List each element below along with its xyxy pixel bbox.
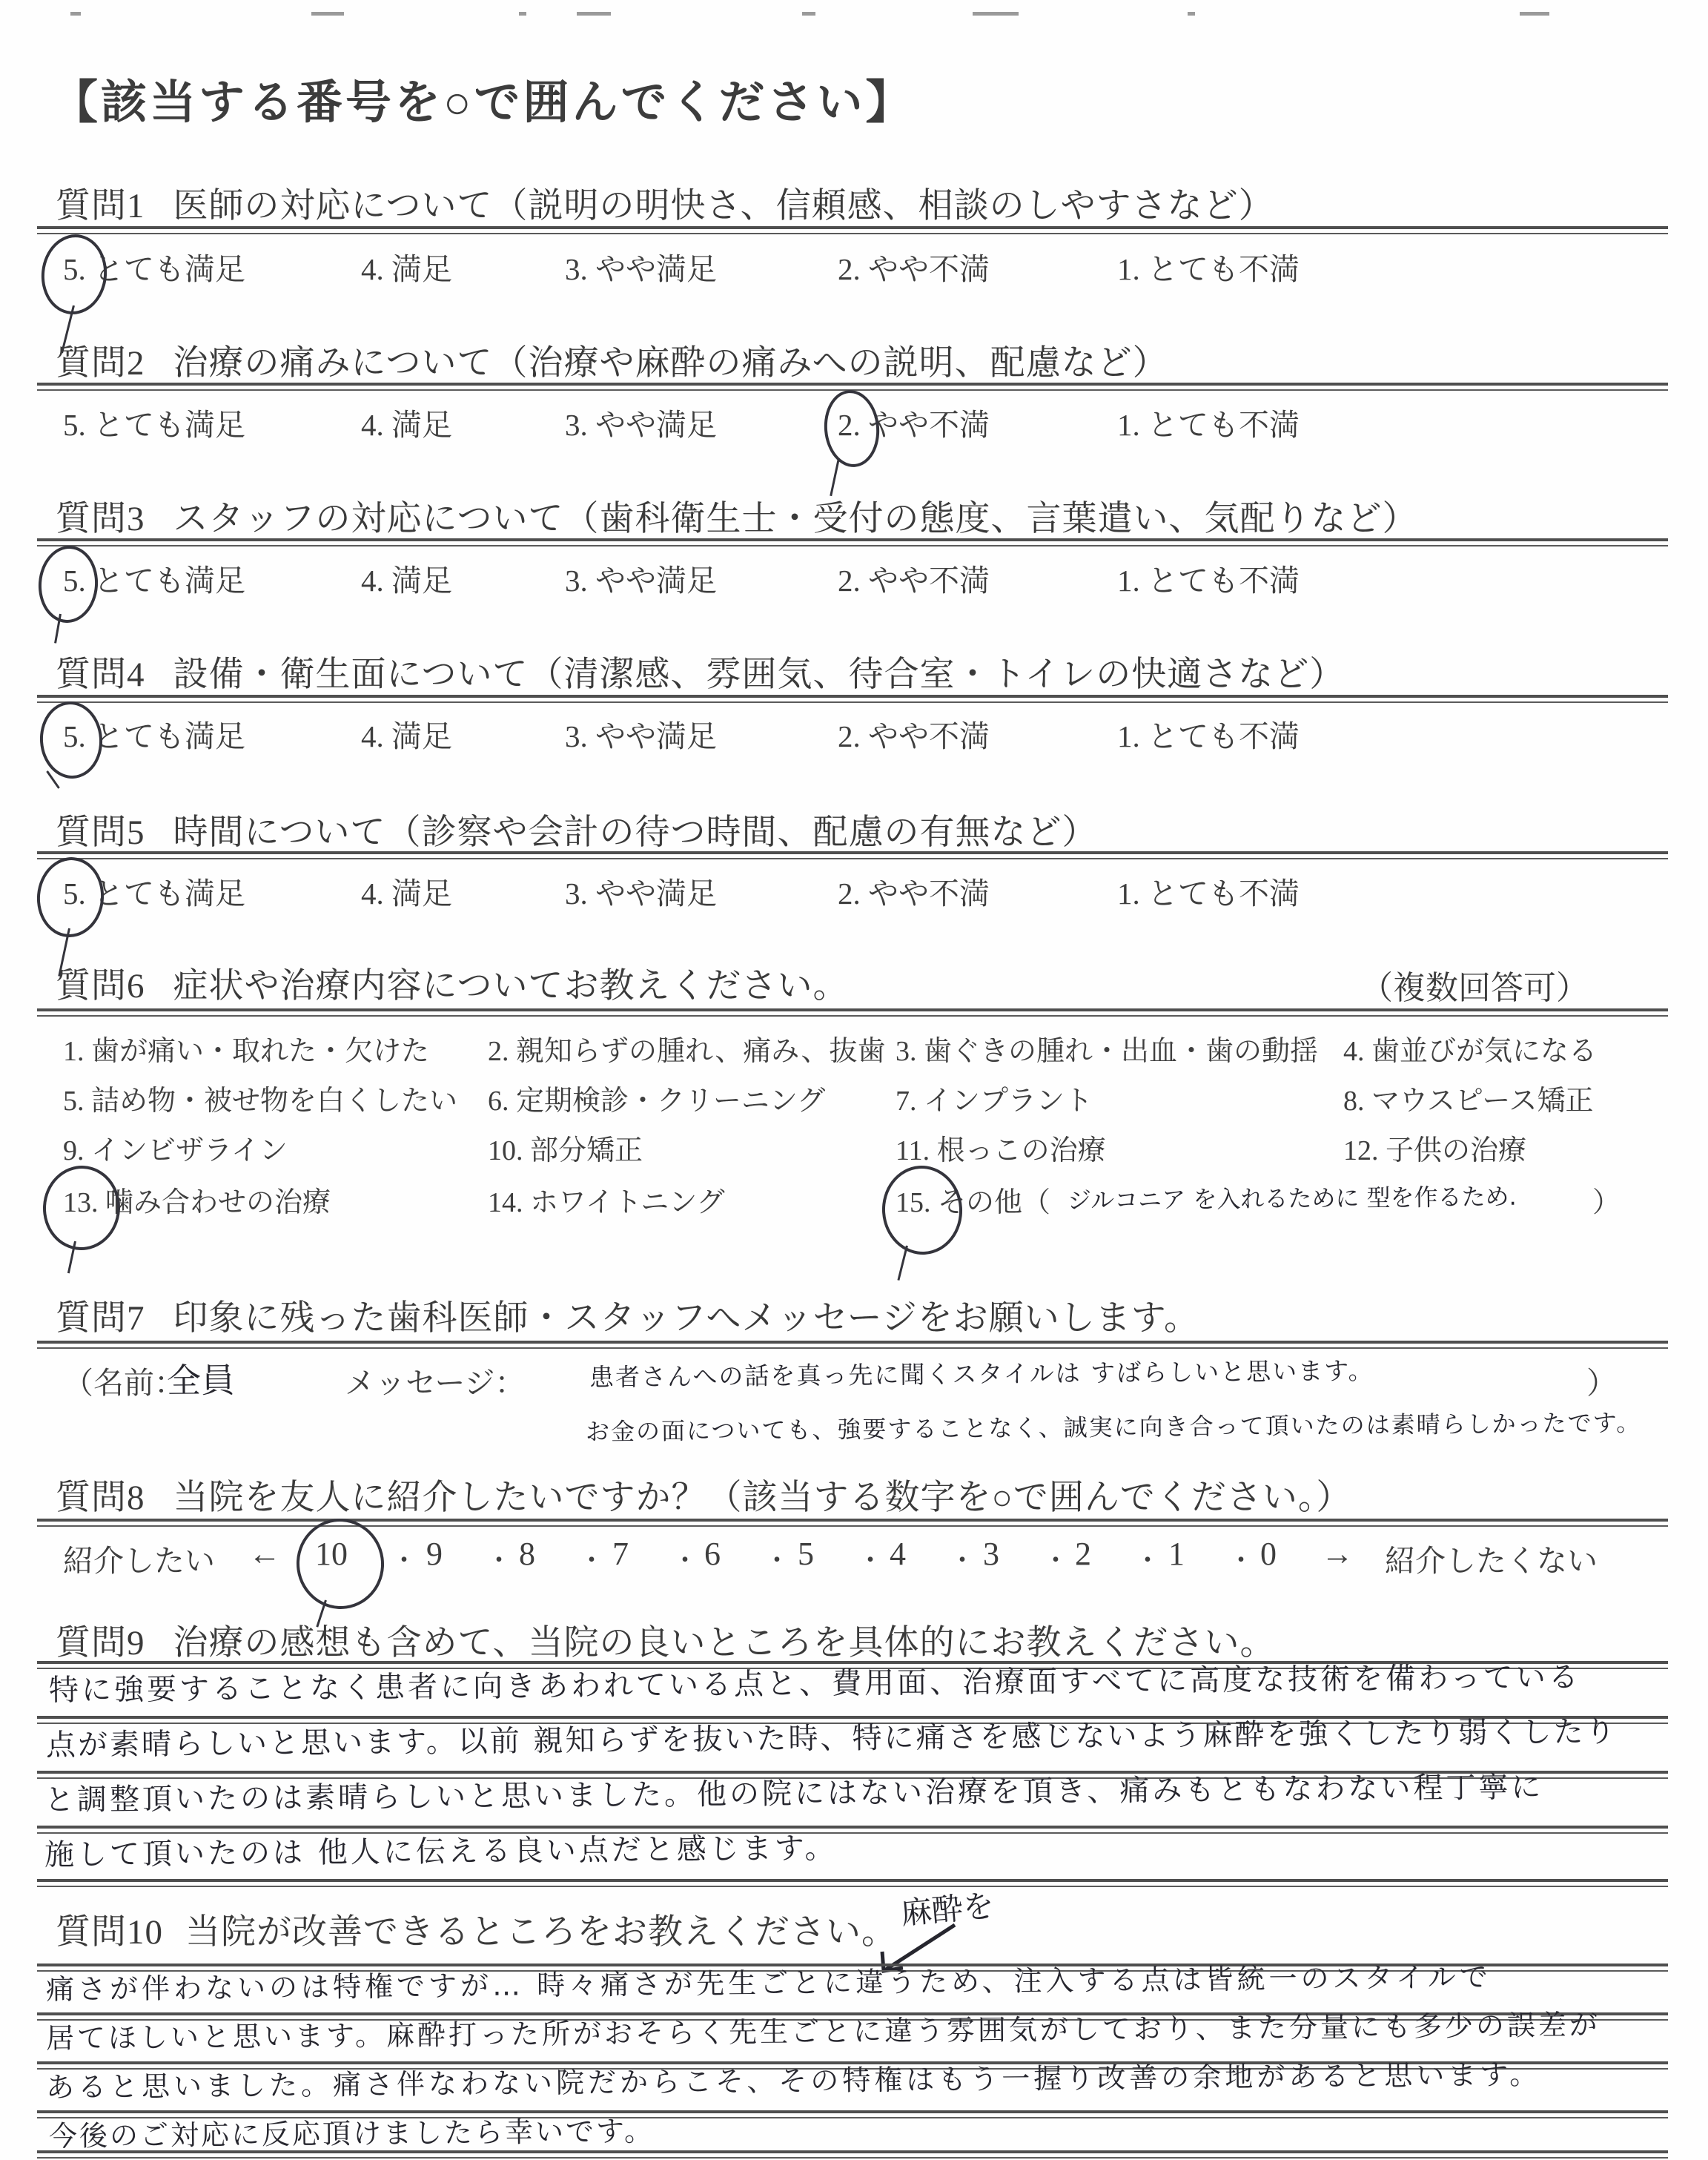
q3-label: 質問3	[56, 500, 145, 538]
q4-header: 質問4設備・衛生面について（清潔感、雰囲気、待合室・トイレの快適さなど）	[56, 647, 1345, 696]
q1-option-1: 1. とても不満	[1117, 245, 1300, 288]
q4-option-2: 2. やや不満	[838, 712, 990, 756]
q5-selected-circle	[33, 854, 107, 939]
q5-option-4: 4. 満足	[361, 869, 452, 913]
q8-dot: ・	[578, 1539, 605, 1577]
q8-header: 質問8当院を友人に紹介したいですか？（該当する数字を○で囲んでください。）	[56, 1470, 1351, 1519]
q10-answer-line1: 痛さが伴わないのは特権ですが… 時々痛さが先生ごとに違うため、注入する点は皆統一…	[46, 1954, 1492, 2007]
q5-option-3: 3. やや満足	[565, 869, 717, 913]
scan-artifact	[1188, 12, 1195, 16]
q8-title: 当院を友人に紹介したいですか？（該当する数字を○で囲んでください。）	[173, 1479, 1352, 1517]
q8-dot: ・	[1042, 1539, 1069, 1577]
q6-option-6: 6. 定期検診・クリーニング	[488, 1077, 825, 1118]
scan-artifact	[519, 12, 526, 16]
q6-option-15-suffix: ）	[1592, 1179, 1621, 1220]
q8-scale-5: 5	[798, 1535, 814, 1573]
q5-rule	[37, 851, 1668, 859]
q6-option-15-handwritten: ジルコニア を入れるために 型を作るため.	[1067, 1178, 1517, 1216]
q6-title: 症状や治療内容についてお教えください。	[173, 967, 849, 1005]
q6-option-3: 3. 歯ぐきの腫れ・出血・歯の動揺	[896, 1028, 1318, 1069]
q8-scale-6: 6	[704, 1535, 721, 1573]
q9-answer-line4: 施して頂いたのは 他人に伝える良い点だと感じます。	[44, 1825, 838, 1874]
q7-close-paren: ）	[1586, 1358, 1617, 1402]
scan-artifact	[802, 12, 815, 16]
q3-option-3: 3. やや満足	[565, 556, 717, 600]
q8-dot: ・	[1228, 1539, 1254, 1577]
q4-label: 質問4	[56, 655, 145, 694]
q3-option-1: 1. とても不満	[1117, 556, 1300, 600]
q4-title: 設備・衛生面について（清潔感、雰囲気、待合室・トイレの快適さなど）	[173, 655, 1345, 694]
q10-title: 当院が改善できるところをお教えください。	[185, 1913, 897, 1952]
q2-option-1: 1. とても不満	[1117, 400, 1300, 444]
q2-option-3: 3. やや満足	[565, 400, 717, 444]
q7-label: 質問7	[56, 1299, 145, 1338]
q7-rule	[37, 1341, 1668, 1349]
q6-option-10: 10. 部分矯正	[488, 1127, 643, 1168]
q8-dot: ・	[391, 1539, 417, 1577]
q8-dot: ・	[857, 1539, 884, 1577]
q5-title: 時間について（診察や会計の待つ時間、配慮の有無など）	[173, 813, 1098, 852]
q6-circle-15-tail	[897, 1246, 908, 1281]
scan-artifact	[70, 12, 81, 16]
q1-option-3: 3. やや満足	[565, 245, 717, 288]
q8-label: 質問8	[56, 1479, 145, 1517]
q6-circle-15	[879, 1163, 965, 1257]
q10-header: 質問10当院が改善できるところをお教えください。	[56, 1904, 897, 1954]
q3-option-2: 2. やや不満	[838, 556, 990, 600]
q8-right-arrow: →	[1321, 1535, 1354, 1573]
scan-artifact	[973, 12, 1019, 16]
q1-rule	[37, 226, 1668, 234]
q6-option-8: 8. マウスピース矯正	[1343, 1077, 1593, 1118]
q1-label: 質問1	[56, 187, 145, 225]
q7-title: 印象に残った歯科医師・スタッフへメッセージをお願いします。	[173, 1299, 1199, 1338]
q6-option-5: 5. 詰め物・被せ物を白くしたい	[63, 1077, 457, 1118]
scan-artifact	[1520, 12, 1549, 16]
q7-name-value: 全員	[167, 1353, 236, 1403]
q6-label: 質問6	[56, 967, 145, 1005]
q8-intro: 紹介したい	[63, 1536, 215, 1580]
survey-page: 【該当する番号を○で囲んでください】 質問1医師の対応について（説明の明快さ、信…	[0, 0, 1708, 2160]
q1-header: 質問1医師の対応について（説明の明快さ、信頼感、相談のしやすさなど）	[56, 178, 1274, 228]
q10-answer-line2: 居てほしいと思います。麻酔打った所がおそらく先生ごとに違う雰囲気がしており、また…	[46, 2002, 1601, 2056]
q4-option-1: 1. とても不満	[1117, 712, 1300, 756]
q6-option-14: 14. ホワイトニング	[488, 1179, 725, 1220]
q2-title: 治療の痛みについて（治療や麻酔の痛みへの説明、配慮など）	[173, 344, 1168, 383]
q2-option-5: 5. とても満足	[63, 400, 245, 444]
q4-option-4: 4. 満足	[361, 712, 452, 756]
q7-message-line1: 患者さんへの話を真っ先に聞くスタイルは すばらしいと思います。	[589, 1352, 1374, 1393]
q5-option-1: 1. とても不満	[1117, 869, 1300, 913]
q3-option-4: 4. 満足	[361, 556, 452, 600]
q8-scale-3: 3	[983, 1535, 999, 1573]
q8-scale-2: 2	[1075, 1535, 1091, 1573]
q6-multi-answer-note: （複数回答可）	[1360, 961, 1589, 1008]
q3-rule	[37, 538, 1668, 546]
q7-message-line2: お金の面についても、強要することなく、誠実に向き合って頂いたのは素晴らしかったで…	[586, 1404, 1642, 1447]
q6-option-12: 12. 子供の治療	[1343, 1127, 1526, 1168]
q8-selected-circle	[291, 1513, 390, 1614]
q5-label: 質問5	[56, 813, 145, 852]
q8-dot: ・	[672, 1539, 698, 1577]
q6-header: 質問6症状や治療内容についてお教えください。	[56, 958, 849, 1008]
q4-rule	[37, 695, 1668, 703]
q1-title: 医師の対応について（説明の明快さ、信頼感、相談のしやすさなど）	[173, 187, 1274, 225]
q6-rule	[37, 1008, 1668, 1017]
q8-left-arrow: ←	[248, 1535, 281, 1573]
q8-dot: ・	[949, 1539, 976, 1577]
q8-rule	[37, 1519, 1668, 1527]
q8-dot: ・	[1134, 1539, 1161, 1577]
q6-option-7: 7. インプラント	[896, 1077, 1093, 1118]
q2-option-4: 4. 満足	[361, 400, 452, 444]
q6-circle-13	[41, 1163, 122, 1252]
q2-label: 質問2	[56, 344, 145, 383]
q9-writing-rule	[37, 1879, 1668, 1887]
q3-title: スタッフの対応について（歯科衛生士・受付の態度、言葉遣い、気配りなど）	[173, 500, 1418, 538]
q9-label: 質問9	[56, 1624, 145, 1662]
q3-header: 質問3スタッフの対応について（歯科衛生士・受付の態度、言葉遣い、気配りなど）	[56, 491, 1418, 541]
q7-message-label: メッセージ：	[345, 1358, 526, 1402]
q8-outro: 紹介したくない	[1385, 1536, 1598, 1580]
q10-label: 質問10	[56, 1913, 163, 1952]
page-title: 【該当する番号を○で囲んでください】	[52, 65, 914, 131]
q6-option-1: 1. 歯が痛い・取れた・欠けた	[63, 1028, 429, 1069]
q1-option-2: 2. やや不満	[838, 245, 990, 288]
q8-scale-0: 0	[1260, 1535, 1277, 1573]
q2-header: 質問2治療の痛みについて（治療や麻酔の痛みへの説明、配慮など）	[56, 335, 1168, 385]
q8-scale-4: 4	[890, 1535, 906, 1573]
q5-option-2: 2. やや不満	[838, 869, 990, 913]
q1-option-4: 4. 満足	[361, 245, 452, 288]
q6-option-4: 4. 歯並びが気になる	[1343, 1028, 1597, 1069]
q4-option-3: 3. やや満足	[565, 712, 717, 756]
q9-title: 治療の感想も含めて、当院の良いところを具体的にお教えください。	[173, 1624, 1276, 1662]
q10-answer-line3: あると思いました。痛さ伴なわない院だからこそ、その特権はもう一握り改善の余地があ…	[46, 2051, 1542, 2105]
q10-answer-line4: 今後のご対応に反応頂けましたら幸いです。	[49, 2108, 655, 2154]
q6-option-9: 9. インビザライン	[63, 1127, 288, 1168]
q8-dot: ・	[486, 1539, 512, 1577]
q7-header: 質問7印象に残った歯科医師・スタッフへメッセージをお願いします。	[56, 1290, 1199, 1340]
scan-artifact	[311, 12, 344, 16]
q8-dot: ・	[764, 1539, 790, 1577]
q5-header: 質問5時間について（診察や会計の待つ時間、配慮の有無など）	[56, 805, 1098, 854]
scan-artifact	[577, 12, 611, 16]
q8-scale-7: 7	[612, 1535, 629, 1573]
q8-scale-8: 8	[519, 1535, 535, 1573]
q6-option-11: 11. 根っこの治療	[896, 1127, 1106, 1168]
q8-scale-1: 1	[1168, 1535, 1185, 1573]
q8-scale-9: 9	[426, 1535, 443, 1573]
q6-option-2: 2. 親知らずの腫れ、痛み、抜歯	[488, 1028, 886, 1069]
